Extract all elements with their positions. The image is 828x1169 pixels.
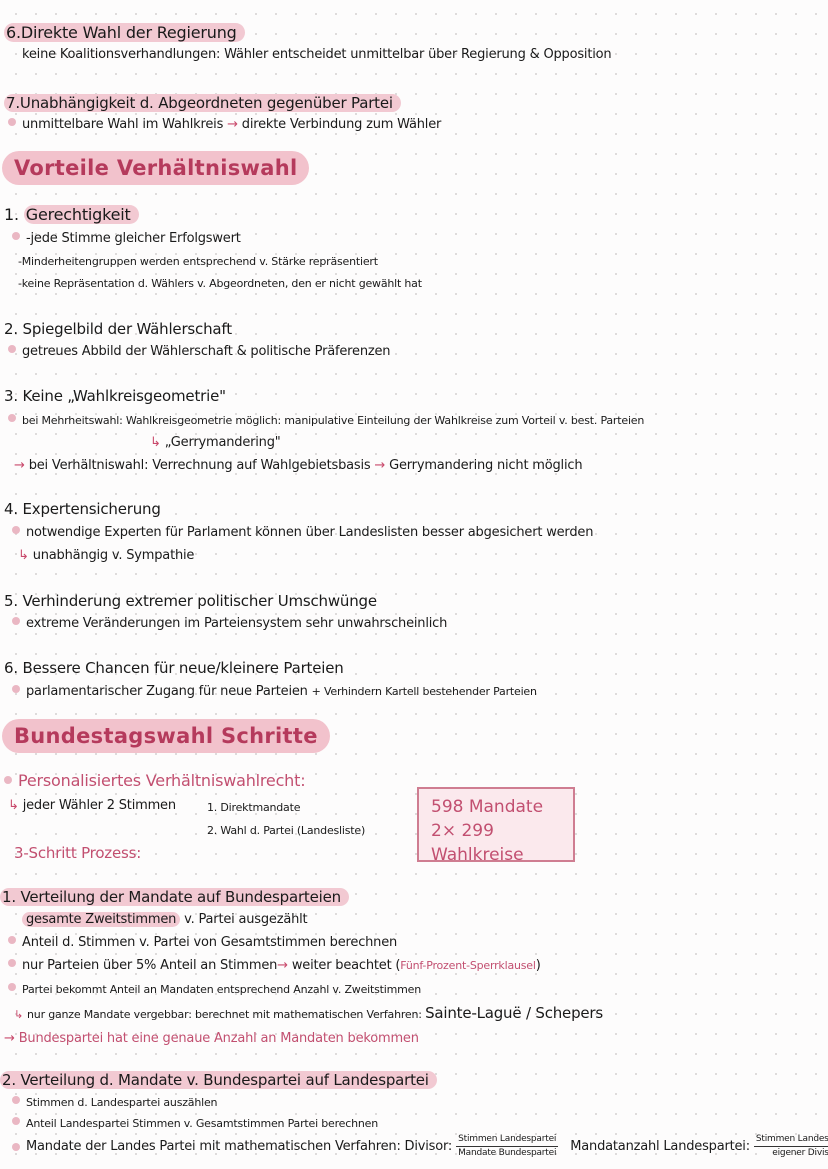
heading-text: Personalisiertes Verhältniswahlrecht: xyxy=(18,771,305,790)
arrow-right-icon: → xyxy=(277,958,288,973)
stimme-2: 2. Wahl d. Partei (Landesliste) xyxy=(207,822,365,840)
dot-bullet-icon xyxy=(8,118,16,126)
step-title: 2. Verteilung d. Mandate v. Bundespartei… xyxy=(0,1071,437,1089)
arrow-right-icon: → xyxy=(374,458,385,473)
line-text: Mandatanzahl Landespartei: xyxy=(570,1138,750,1156)
line-text: weiter beachtet ( xyxy=(292,958,400,973)
item-7-body: unmittelbare Wahl im Wahlkreis →direkte … xyxy=(8,116,441,134)
method-text: Sainte-Laguë / Schepers xyxy=(425,1004,603,1022)
item-7-title: 7.Unabhängigkeit d. Abgeordneten gegenüb… xyxy=(4,94,401,112)
conclusion-text: Bundespartei hat eine genaue Anzahl an M… xyxy=(19,1031,419,1046)
section-title-vorteile: Vorteile Verhältniswahl xyxy=(2,151,309,185)
vorteil-4-line-1: notwendige Experten für Parlament können… xyxy=(12,524,593,542)
line-text: + Verhindern Kartell bestehender Parteie… xyxy=(312,685,537,698)
dot-bullet-icon xyxy=(12,232,20,240)
line-text: getreues Abbild der Wählerschaft & polit… xyxy=(22,344,390,359)
paren: ) xyxy=(536,958,541,973)
dot-bullet-icon xyxy=(8,983,16,991)
stimmen-line: ↳jeder Wähler 2 Stimmen xyxy=(8,797,176,815)
vorteil-6-line-1: parlamentarischer Zugang für neue Partei… xyxy=(12,683,537,701)
dot-bullet-icon xyxy=(8,959,16,967)
item-title: Verhinderung extremer politischer Umschw… xyxy=(23,592,377,610)
line-text: -jede Stimme gleicher Erfolgswert xyxy=(26,231,241,246)
line-text: extreme Veränderungen im Parteiensystem … xyxy=(26,616,447,631)
vorteil-1-line-1: -jede Stimme gleicher Erfolgswert xyxy=(12,230,241,248)
personalisiert-heading: Personalisiertes Verhältniswahlrecht: xyxy=(4,772,305,790)
item-title: Keine „Wahlkreisgeometrie" xyxy=(23,387,226,405)
highlight-text: gesamte Zweitstimmen xyxy=(22,912,180,927)
body-tail: direkte Verbindung zum Wähler xyxy=(242,117,441,132)
line-text: jeder Wähler 2 Stimmen xyxy=(23,798,176,813)
arrow-right-icon: → xyxy=(4,1031,15,1046)
item-title: Bessere Chancen für neue/kleinere Partei… xyxy=(23,659,344,677)
item-title: Expertensicherung xyxy=(23,500,161,518)
sperrklausel-text: Fünf-Prozent-Sperrklausel xyxy=(400,959,535,972)
step-1-line-1: gesamte Zweitstimmen v. Partei ausgezähl… xyxy=(22,911,307,929)
fraction-numerator: Stimmen Landespartei xyxy=(456,1134,558,1147)
line-text: Mandate der Landes Partei mit mathematis… xyxy=(26,1138,452,1156)
line-text: v. Partei ausgezählt xyxy=(184,912,307,927)
step-2-line-3: Mandate der Landes Partei mit mathematis… xyxy=(12,1134,828,1159)
item-title: Spiegelbild der Wählerschaft xyxy=(23,320,232,338)
divisor-fraction: Stimmen LandesparteiMandate Bundespartei xyxy=(456,1134,558,1159)
vorteil-5-title: 5. Verhinderung extremer politischer Ums… xyxy=(4,592,377,610)
item-6-body: keine Koalitionsverhandlungen: Wähler en… xyxy=(22,46,611,64)
vorteil-1-line-3: -keine Repräsentation d. Wählers v. Abge… xyxy=(18,275,422,293)
item-number: 7. xyxy=(6,94,20,112)
item-number: 2. xyxy=(4,320,18,338)
vorteil-2-line-1: getreues Abbild der Wählerschaft & polit… xyxy=(8,343,390,361)
line-text: Anteil Landespartei Stimmen v. Gesamtsti… xyxy=(26,1117,378,1130)
hook-arrow-icon: ↳ xyxy=(150,435,161,450)
dot-bullet-icon xyxy=(8,345,16,353)
line-text: nur ganze Mandate vergebbar: berechnet m… xyxy=(27,1008,422,1021)
mandate-info-box: 598 Mandate 2× 299 Wahlkreise xyxy=(417,787,575,862)
line-text: unabhängig v. Sympathie xyxy=(33,548,195,563)
dot-bullet-icon xyxy=(12,1117,20,1125)
line-text: Stimmen d. Landespartei auszählen xyxy=(26,1096,217,1109)
section-title-bundestag: Bundestagswahl Schritte xyxy=(2,719,330,753)
vorteil-3-title: 3. Keine „Wahlkreisgeometrie" xyxy=(4,387,226,405)
hook-arrow-icon: ↳ xyxy=(14,1008,23,1021)
step-1-title: 1. Verteilung der Mandate auf Bundespart… xyxy=(0,888,349,906)
hook-arrow-icon: ↳ xyxy=(18,548,29,563)
line-text: Partei bekommt Anteil an Mandaten entspr… xyxy=(22,983,421,996)
vorteil-3-line-3: →bei Verhältniswahl: Verrechnung auf Wah… xyxy=(14,457,582,475)
hook-arrow-icon: ↳ xyxy=(8,798,19,813)
item-number: 6. xyxy=(4,659,18,677)
item-title: Direkte Wahl der Regierung xyxy=(21,23,237,42)
item-7-title-highlight: 7.Unabhängigkeit d. Abgeordneten gegenüb… xyxy=(4,94,401,112)
item-number: 1. xyxy=(4,205,19,224)
item-number: 5. xyxy=(4,592,18,610)
dot-bullet-icon xyxy=(12,1096,20,1104)
vorteil-6-title: 6. Bessere Chancen für neue/kleinere Par… xyxy=(4,659,344,677)
dot-bullet-icon xyxy=(8,414,16,422)
line-text: Gerrymandering nicht möglich xyxy=(389,458,582,473)
mandatanzahl-fraction: Stimmen Landesparteieigener Divisor xyxy=(754,1134,828,1159)
item-6-title-highlight: 6.Direkte Wahl der Regierung xyxy=(4,23,245,42)
line-text: bei Verhältniswahl: Verrechnung auf Wahl… xyxy=(29,458,371,473)
dot-bullet-icon xyxy=(12,617,20,625)
step-2-line-2: Anteil Landespartei Stimmen v. Gesamtsti… xyxy=(12,1115,378,1133)
body-text: unmittelbare Wahl im Wahlkreis xyxy=(22,117,223,132)
line-text: notwendige Experten für Parlament können… xyxy=(26,525,593,540)
dot-bullet-icon xyxy=(4,776,12,784)
stimme-1: 1. Direktmandate xyxy=(207,799,300,817)
line-text: „Gerrymandering" xyxy=(165,435,281,450)
arrow-right-icon: → xyxy=(14,458,25,473)
box-line-1: 598 Mandate xyxy=(431,795,573,819)
vorteil-3-line-2: ↳„Gerrymandering" xyxy=(150,434,281,452)
step-1-conclusion: →Bundespartei hat eine genaue Anzahl an … xyxy=(4,1030,419,1048)
vorteil-1-title: 1. Gerechtigkeit xyxy=(4,206,139,224)
prozess-label: 3-Schritt Prozess: xyxy=(14,844,141,862)
item-number: 4. xyxy=(4,500,18,518)
step-1-line-4: Partei bekommt Anteil an Mandaten entspr… xyxy=(8,981,421,999)
step-2-line-1: Stimmen d. Landespartei auszählen xyxy=(12,1094,217,1112)
step-title: 1. Verteilung der Mandate auf Bundespart… xyxy=(0,888,349,906)
item-title: Gerechtigkeit xyxy=(24,205,139,224)
item-title: Unabhängigkeit d. Abgeordneten gegenüber… xyxy=(20,94,393,112)
box-line-2: 2× 299 Wahlkreise xyxy=(431,819,573,867)
step-1-line-5: ↳nur ganze Mandate vergebbar: berechnet … xyxy=(14,1004,603,1024)
vorteil-4-line-2: ↳unabhängig v. Sympathie xyxy=(18,547,194,565)
fraction-denominator: eigener Divisor xyxy=(770,1147,828,1159)
fraction-denominator: Mandate Bundespartei xyxy=(456,1147,558,1159)
step-2-title: 2. Verteilung d. Mandate v. Bundespartei… xyxy=(0,1071,437,1089)
line-text: bei Mehrheitswahl: Wahlkreisgeometrie mö… xyxy=(22,414,644,427)
line-text: Anteil d. Stimmen v. Partei von Gesamtst… xyxy=(22,935,397,950)
item-6-title: 6.Direkte Wahl der Regierung xyxy=(4,24,245,42)
vorteil-3-line-1: bei Mehrheitswahl: Wahlkreisgeometrie mö… xyxy=(8,412,644,430)
vorteil-2-title: 2. Spiegelbild der Wählerschaft xyxy=(4,320,232,338)
dot-bullet-icon xyxy=(12,685,20,693)
arrow-right-icon: → xyxy=(227,117,238,132)
dot-bullet-icon xyxy=(8,936,16,944)
step-1-line-3: nur Parteien über 5% Anteil an Stimmen→w… xyxy=(8,957,541,975)
item-number: 3. xyxy=(4,387,18,405)
line-text: nur Parteien über 5% Anteil an Stimmen xyxy=(22,958,277,973)
dot-bullet-icon xyxy=(12,1143,20,1151)
dot-bullet-icon xyxy=(12,526,20,534)
vorteil-4-title: 4. Expertensicherung xyxy=(4,500,161,518)
vorteil-5-line-1: extreme Veränderungen im Parteiensystem … xyxy=(12,615,447,633)
vorteil-1-line-2: -Minderheitengruppen werden entsprechend… xyxy=(18,253,378,271)
step-1-line-2: Anteil d. Stimmen v. Partei von Gesamtst… xyxy=(8,934,397,952)
item-number: 6. xyxy=(6,23,21,42)
fraction-numerator: Stimmen Landespartei xyxy=(754,1134,828,1147)
line-text: parlamentarischer Zugang für neue Partei… xyxy=(26,684,308,699)
